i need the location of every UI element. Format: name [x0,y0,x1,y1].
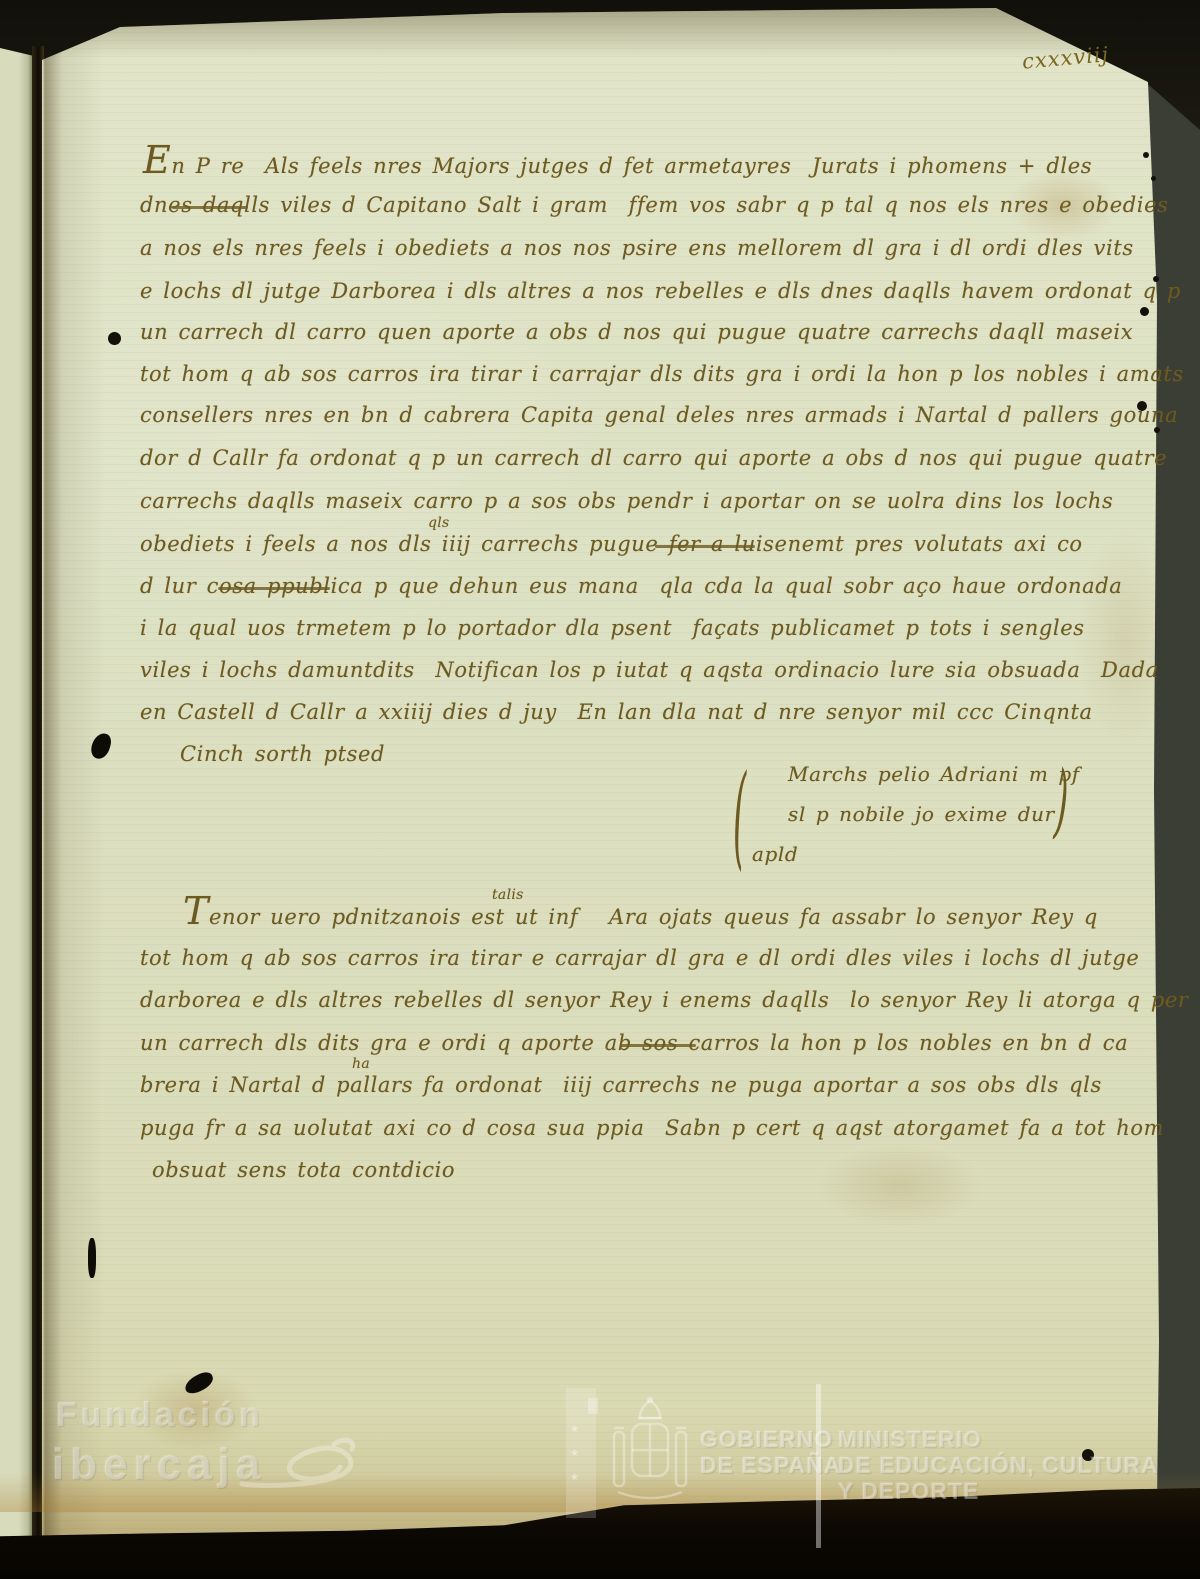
manuscript-line: viles i lochs damuntdits Notifican los p… [140,658,1159,682]
manuscript-line: obediets i feels a nos dls iiij carrechs… [140,532,1083,556]
star-icon: ★ [570,1424,579,1435]
spain-coat-of-arms-icon [608,1396,692,1536]
manuscript-line: e lochs dl jutge Darborea i dls altres a… [140,279,1181,303]
wormhole-spot [1137,401,1147,411]
watermark-divider [816,1384,821,1548]
ministerio-watermark-line2: DE EDUCACIÓN, CULTURA [838,1452,1159,1479]
strikethrough-mark [172,206,248,209]
wormhole-spot [1153,276,1159,282]
manuscript-line: Tenor uero pdnitzanois est ut inf Ara oj… [183,901,1098,929]
manuscript-line: Cinch sorth ptsed [180,742,385,766]
manuscript-line: carrechs daqlls maseix carro p a sos obs… [140,489,1113,513]
manuscript-line: tot hom q ab sos carros ira tirar i carr… [140,362,1184,386]
manuscript-line: puga fr a sa uolutat axi co d cosa sua p… [140,1116,1164,1140]
manuscript-line: un carrech dl carro quen aporte a obs d … [140,320,1133,344]
strikethrough-mark [655,545,755,548]
star-icon: ★ [570,1448,579,1459]
manuscript-line: brera i Nartal d pallars fa ordonat iiij… [140,1073,1102,1097]
manuscript-line: tot hom q ab sos carros ira tirar e carr… [140,946,1139,970]
manuscript-line: i la qual uos trmetem p lo portador dla … [140,616,1085,640]
ink-blot [88,1238,96,1278]
ibercaja-logo-icon [238,1432,368,1504]
wormhole-spot [1143,152,1149,158]
manuscript-line: obsuat sens tota contdicio [152,1158,455,1182]
ibercaja-watermark-line1: Fundación [56,1396,264,1435]
superscript-note: qls [428,515,450,531]
manuscript-line: dnes daqlls viles d Capitano Salt i gram… [140,193,1169,217]
signature-line: Marchs pelio Adriani m pf [788,762,1080,786]
wormhole-spot [1140,307,1149,316]
wormhole-spot [1151,176,1156,181]
manuscript-line: consellers nres en bn d cabrera Capita g… [140,403,1178,427]
manuscript-line: En P re Als feels nres Majors jutges d f… [143,150,1092,178]
manuscript-line: dor d Callr fa ordonat q p un carrech dl… [140,446,1167,470]
gobierno-watermark-line1: GOBIERNO [700,1426,833,1453]
strikethrough-mark [218,587,330,590]
signature-line: apld [752,842,798,866]
wormhole-spot [1154,427,1160,433]
manuscript-photo: cxxxviij En P re Als feels nres Majors j… [0,0,1200,1579]
signature-line: sl p nobile jo exime dur [788,802,1055,826]
manuscript-line: un carrech dls dits gra e ordi q aporte … [140,1031,1128,1055]
manuscript-line: en Castell d Callr a xxiiij dies d juy E… [140,700,1093,724]
gobierno-flag-chip [588,1398,598,1414]
superscript-note: ha [352,1056,370,1072]
ministerio-watermark-line3: Y DEPORTE [838,1478,980,1505]
previous-page-sliver [0,48,34,1579]
manuscript-line: a nos els nres feels i obediets a nos no… [140,236,1134,260]
manuscript-line: d lur cosa ppublica p que dehun eus mana… [140,574,1122,598]
ministerio-watermark-line1: MINISTERIO [838,1426,982,1453]
brace-mark: ( [733,752,746,884]
manuscript-line: darborea e dls altres rebelles dl senyor… [140,988,1189,1012]
ibercaja-watermark-line2: ibercaja [52,1440,266,1490]
strikethrough-mark [620,1044,696,1047]
star-icon: ★ [570,1472,579,1483]
wormhole-spot [108,332,121,345]
